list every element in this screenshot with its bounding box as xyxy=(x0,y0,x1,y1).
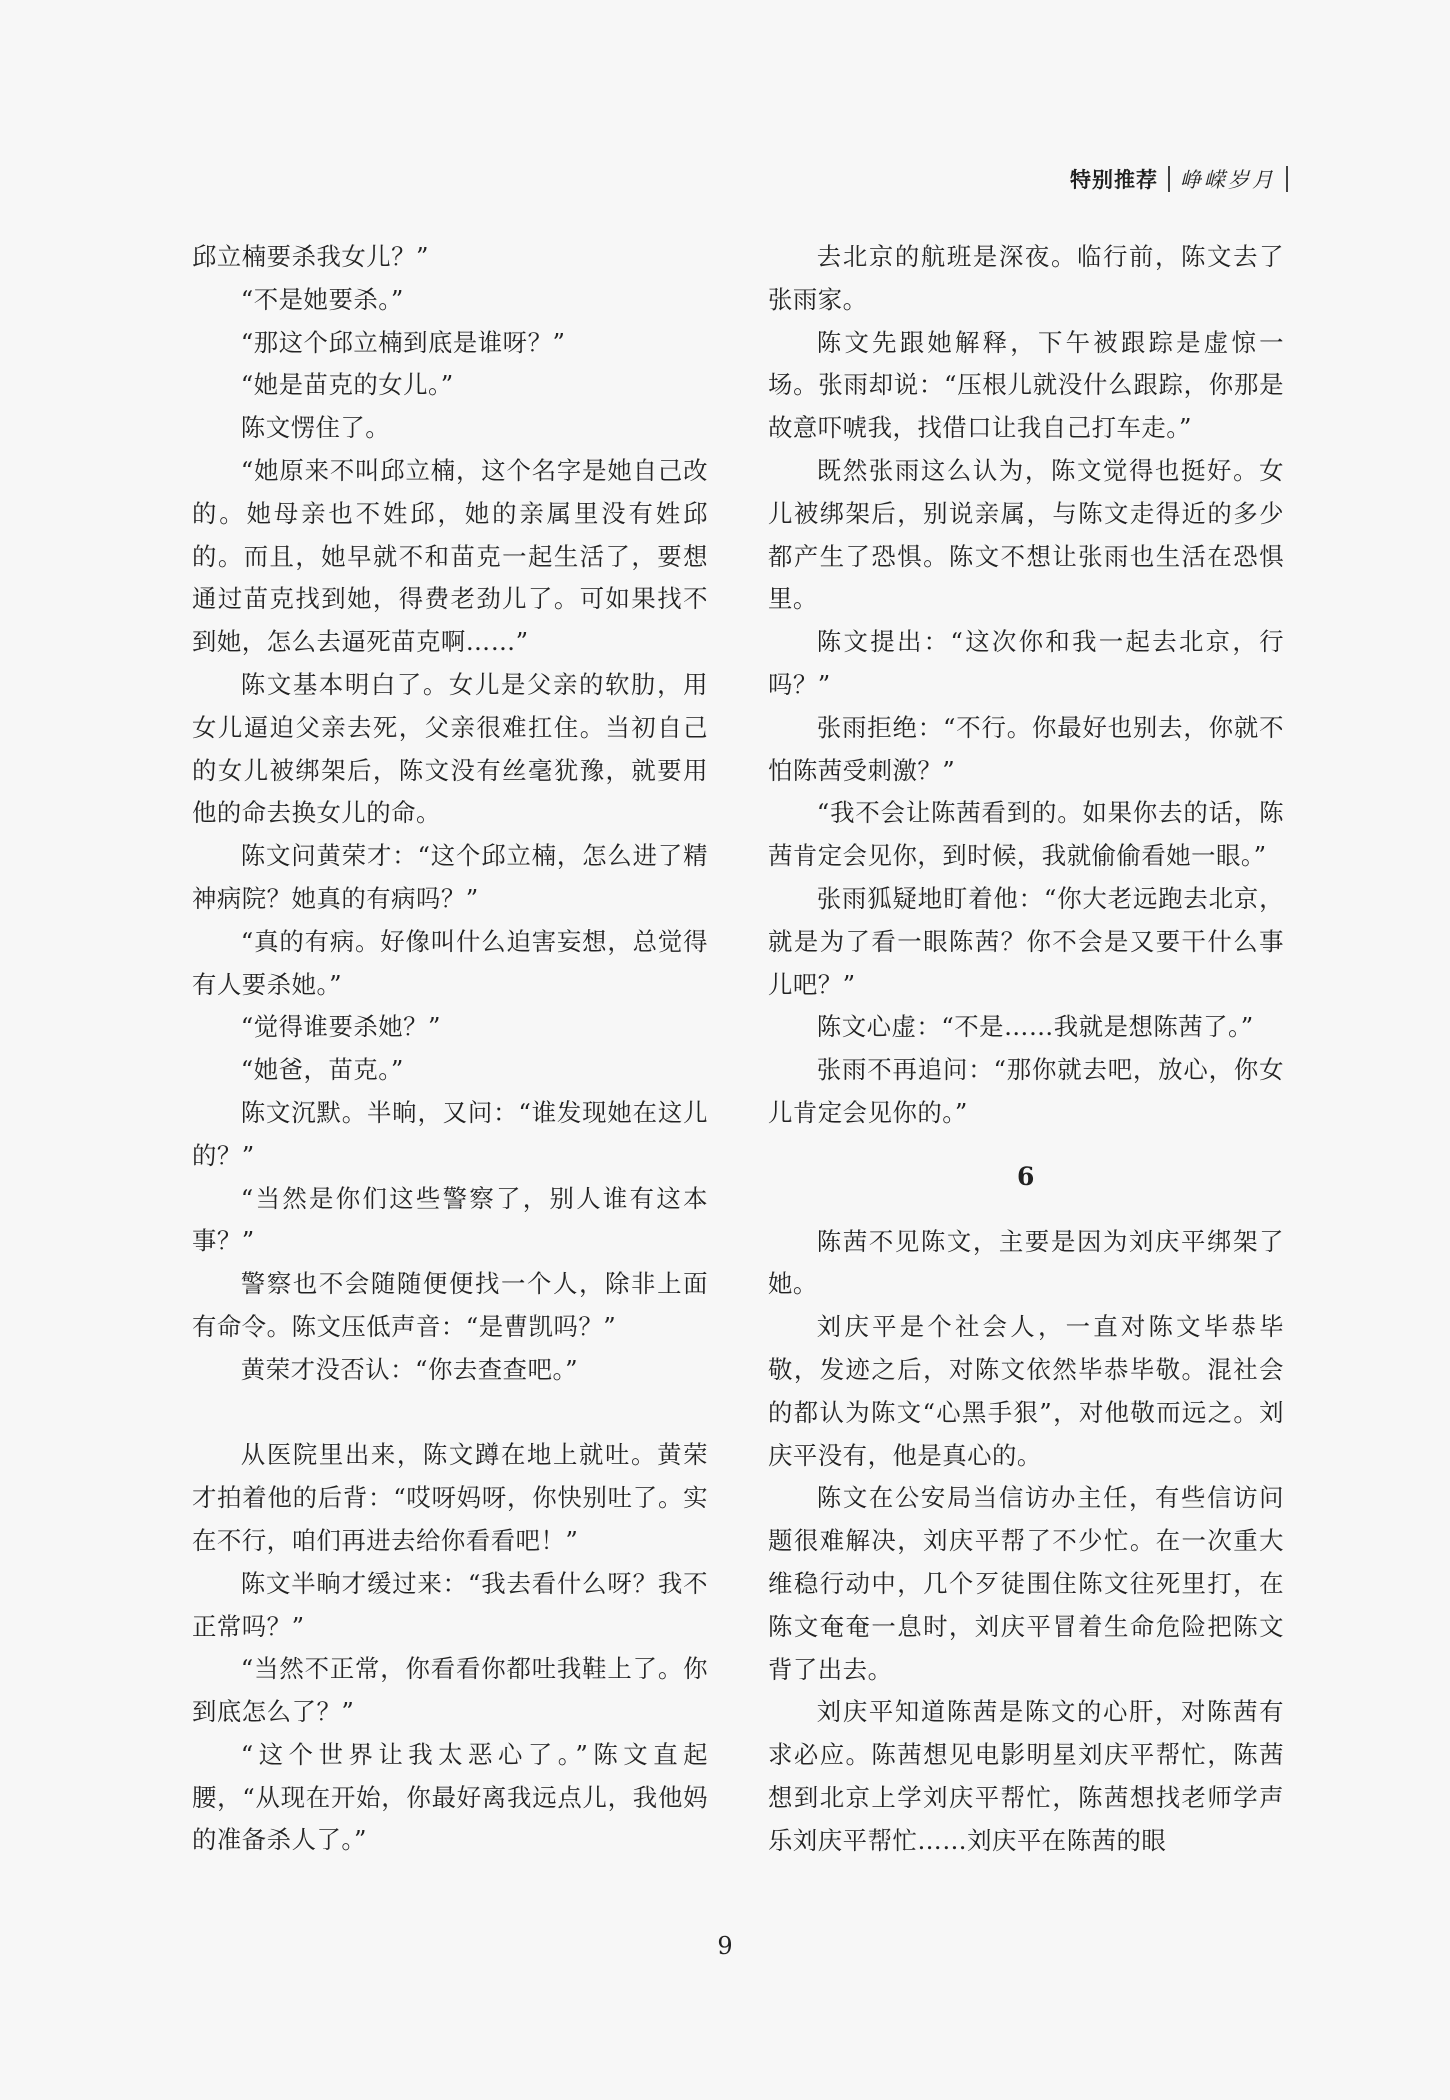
paragraph: 黄荣才没否认：“你去查查吧。” xyxy=(192,1349,708,1392)
paragraph: 刘庆平是个社会人，一直对陈文毕恭毕敬，发迹之后，对陈文依然毕恭毕敬。混社会的都认… xyxy=(768,1306,1284,1477)
paragraph: “我不会让陈茜看到的。如果你去的话，陈茜肯定会见你，到时候，我就偷偷看她一眼。” xyxy=(768,792,1284,878)
paragraph: “当然不正常，你看看你都吐我鞋上了。你到底怎么了？” xyxy=(192,1648,708,1734)
paragraph: 去北京的航班是深夜。临行前，陈文去了张雨家。 xyxy=(768,236,1284,322)
paragraph: “觉得谁要杀她？” xyxy=(192,1006,708,1049)
paragraph: 陈文先跟她解释，下午被跟踪是虚惊一场。张雨却说：“压根儿就没什么跟踪，你那是故意… xyxy=(768,322,1284,450)
paragraph: “这个世界让我太恶心了。”陈文直起腰，“从现在开始，你最好离我远点儿，我他妈的准… xyxy=(192,1734,708,1862)
paragraph: 从医院里出来，陈文蹲在地上就吐。黄荣才拍着他的后背：“哎呀妈呀，你快别吐了。实在… xyxy=(192,1434,708,1562)
paragraph: 邱立楠要杀我女儿？” xyxy=(192,236,708,279)
header-divider xyxy=(1286,166,1288,192)
paragraph: “她是苗克的女儿。” xyxy=(192,364,708,407)
running-header: 特别推荐 峥嵘岁月 xyxy=(1070,164,1288,194)
paragraph: 陈文愣住了。 xyxy=(192,407,708,450)
section-number: 6 xyxy=(768,1156,1284,1199)
paragraph: “她爸，苗克。” xyxy=(192,1049,708,1092)
left-text-column: 邱立楠要杀我女儿？” “不是她要杀。” “那这个邱立楠到底是谁呀？” “她是苗克… xyxy=(192,236,708,1862)
paragraph: “当然是你们这些警察了，别人谁有这本事？” xyxy=(192,1178,708,1264)
paragraph: 陈文在公安局当信访办主任，有些信访问题很难解决，刘庆平帮了不少忙。在一次重大维稳… xyxy=(768,1477,1284,1691)
paragraph: 陈茜不见陈文，主要是因为刘庆平绑架了她。 xyxy=(768,1221,1284,1307)
scene-break xyxy=(192,1392,708,1435)
paragraph: 警察也不会随随便便找一个人，除非上面有命令。陈文压低声音：“是曹凯吗？” xyxy=(192,1263,708,1349)
paragraph: 张雨拒绝：“不行。你最好也别去，你就不怕陈茜受刺激？” xyxy=(768,707,1284,793)
header-section-title: 特别推荐 xyxy=(1070,164,1158,194)
page-number: 9 xyxy=(0,1932,1450,1960)
paragraph: 既然张雨这么认为，陈文觉得也挺好。女儿被绑架后，别说亲属，与陈文走得近的多少都产… xyxy=(768,450,1284,621)
paragraph: 陈文基本明白了。女儿是父亲的软肋，用女儿逼迫父亲去死，父亲很难扛住。当初自己的女… xyxy=(192,664,708,835)
paragraph: 张雨不再追问：“那你就去吧，放心，你女儿肯定会见你的。” xyxy=(768,1049,1284,1135)
paragraph: 陈文半晌才缓过来：“我去看什么呀？我不正常吗？” xyxy=(192,1563,708,1649)
header-divider xyxy=(1168,166,1170,192)
paragraph: “不是她要杀。” xyxy=(192,279,708,322)
paragraph: “那这个邱立楠到底是谁呀？” xyxy=(192,322,708,365)
paragraph: 陈文问黄荣才：“这个邱立楠，怎么进了精神病院？她真的有病吗？” xyxy=(192,835,708,921)
paragraph: 陈文心虚：“不是……我就是想陈茜了。” xyxy=(768,1006,1284,1049)
header-column-title: 峥嵘岁月 xyxy=(1180,164,1276,194)
paragraph: 刘庆平知道陈茜是陈文的心肝，对陈茜有求必应。陈茜想见电影明星刘庆平帮忙，陈茜想到… xyxy=(768,1691,1284,1862)
paragraph: 陈文沉默。半晌，又问：“谁发现她在这儿的？” xyxy=(192,1092,708,1178)
paragraph: 陈文提出：“这次你和我一起去北京，行吗？” xyxy=(768,621,1284,707)
paragraph: “她原来不叫邱立楠，这个名字是她自己改的。她母亲也不姓邱，她的亲属里没有姓邱的。… xyxy=(192,450,708,664)
right-text-column: 去北京的航班是深夜。临行前，陈文去了张雨家。 陈文先跟她解释，下午被跟踪是虚惊一… xyxy=(768,236,1284,1862)
paragraph: 张雨狐疑地盯着他：“你大老远跑去北京，就是为了看一眼陈茜？你不会是又要干什么事儿… xyxy=(768,878,1284,1006)
paragraph: “真的有病。好像叫什么迫害妄想，总觉得有人要杀她。” xyxy=(192,921,708,1007)
